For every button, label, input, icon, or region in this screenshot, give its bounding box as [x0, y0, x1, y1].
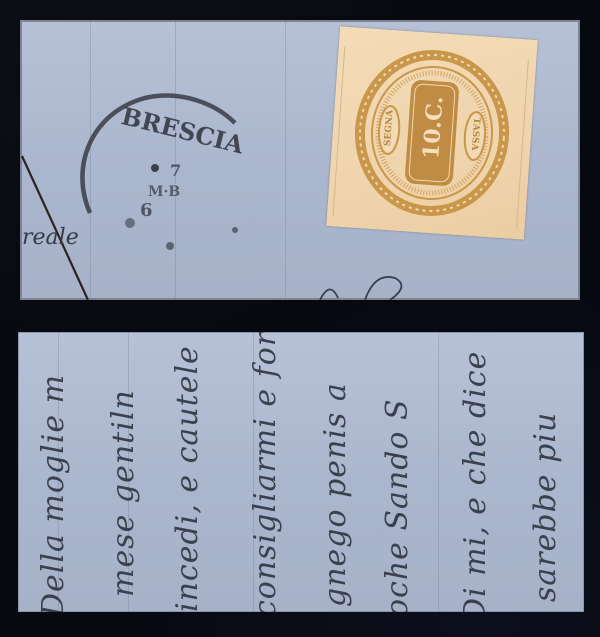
handwriting-line: Di mi, e che dice: [458, 351, 493, 612]
letter-handwriting: Della moglie m mese gentiln incedi, e ca…: [18, 332, 584, 612]
handwriting-line: incedi, e cautele: [170, 345, 205, 612]
handwriting-line: sarebbe piu: [528, 412, 563, 602]
postage-due-stamp: 10.C. SEGNA TASSA: [326, 26, 537, 239]
handwriting-line: oche Sando S: [380, 398, 415, 612]
handwriting-line: gnego penis a: [318, 382, 353, 607]
svg-text:M·B: M·B: [148, 184, 180, 200]
handwriting-line: mese gentiln: [106, 389, 141, 597]
brescia-postmark: BRESCIA 7 M·B 6: [60, 78, 280, 278]
svg-text:6: 6: [140, 200, 153, 221]
handwriting-line: consigliarmi e for: [248, 332, 283, 612]
cover-fragment-back: Della moglie m mese gentiln incedi, e ca…: [18, 332, 584, 612]
handwriting-line: Della moglie m: [36, 374, 71, 612]
stamp-value: 10.C.: [418, 104, 448, 160]
svg-text:BRESCIA: BRESCIA: [119, 101, 247, 159]
svg-text:7: 7: [170, 161, 181, 180]
